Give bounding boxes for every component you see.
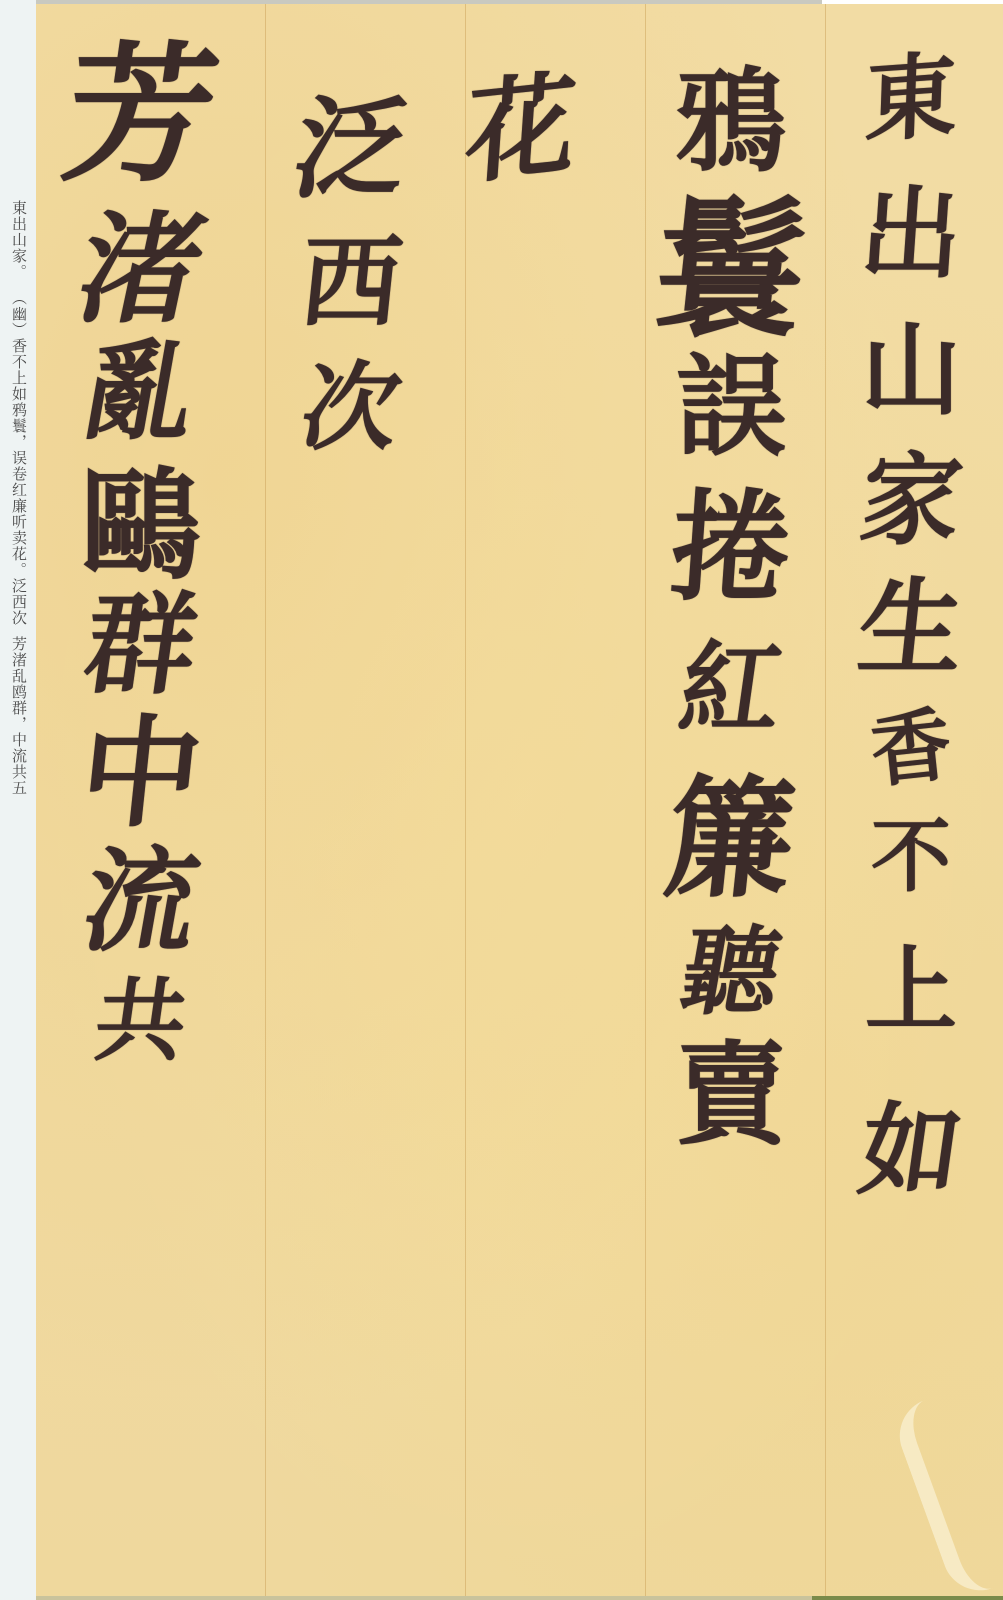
calligraphy-char: 鴉 — [675, 66, 787, 178]
calligraphy-char: 上 — [865, 944, 957, 1036]
calligraphy-char: 群 — [78, 590, 203, 700]
annotation-segment-2: （幽）香不上如鸦鬟，误卷红廉听卖花。泛西次 — [10, 290, 28, 626]
calligraphy-char: 西 — [296, 232, 407, 332]
annotation-segment-1: 東出山家。 — [10, 200, 28, 280]
calligraphy-char: 流 — [75, 846, 207, 958]
calligraphy-char: 聽 — [675, 924, 788, 1020]
annotation-segment-3: 芳渚乱鸥群，中流共五 — [10, 636, 28, 796]
calligraphy-char: 鬟 — [648, 196, 814, 346]
calligraphy-char: 賣 — [675, 1040, 787, 1152]
calligraphy-char: 次 — [295, 360, 408, 456]
transcription-annotation: 東出山家。（幽）香不上如鸦鬟，误卷红廉听卖花。泛西次芳渚乱鸥群，中流共五 — [6, 200, 32, 796]
calligraphy-char: 芳 — [55, 40, 226, 190]
left-margin: 東出山家。（幽）香不上如鸦鬟，误卷红廉听卖花。泛西次芳渚乱鸥群，中流共五 — [0, 0, 36, 1600]
calligraphy-column-3: 花 — [446, 4, 596, 1596]
calligraphy-char: 出 — [858, 184, 965, 284]
column-rule — [825, 4, 826, 1596]
column-rule — [265, 4, 266, 1596]
calligraphy-char: 中 — [75, 714, 208, 834]
calligraphy-column-1: 東 出 山 家 生 香 不 上 如 — [836, 4, 986, 1596]
calligraphy-char: 東 — [863, 49, 958, 148]
calligraphy-char: 紅 — [674, 638, 788, 738]
bottom-edge-green — [812, 1596, 1003, 1600]
calligraphy-char: 泛 — [286, 94, 415, 204]
calligraphy-char: 花 — [462, 68, 579, 191]
calligraphy-column-2: 鴉 鬟 誤 捲 紅 簾 聽 賣 — [646, 4, 816, 1596]
calligraphy-column-4: 泛 西 次 — [276, 4, 426, 1596]
calligraphy-char: 香 — [867, 704, 955, 792]
calligraphy-char: 山 — [861, 320, 961, 420]
calligraphy-char: 共 — [90, 976, 193, 1066]
calligraphy-char: 生 — [854, 576, 969, 680]
calligraphy-paper: 東 出 山 家 生 香 不 上 如 鴉 鬟 誤 捲 紅 簾 聽 賣 花 泛 西 … — [36, 4, 1003, 1596]
calligraphy-char: 不 — [871, 816, 951, 896]
calligraphy-char: 家 — [854, 450, 968, 550]
calligraphy-column-5: 芳 渚 亂 鷗 群 中 流 共 — [56, 4, 226, 1596]
calligraphy-char: 鷗 — [81, 466, 201, 586]
calligraphy-char: 誤 — [676, 352, 786, 462]
calligraphy-char: 捲 — [667, 488, 795, 608]
calligraphy-char: 亂 — [77, 338, 204, 446]
calligraphy-char: 渚 — [68, 210, 214, 330]
calligraphy-char: 如 — [854, 1100, 968, 1200]
calligraphy-char: 簾 — [659, 774, 803, 904]
